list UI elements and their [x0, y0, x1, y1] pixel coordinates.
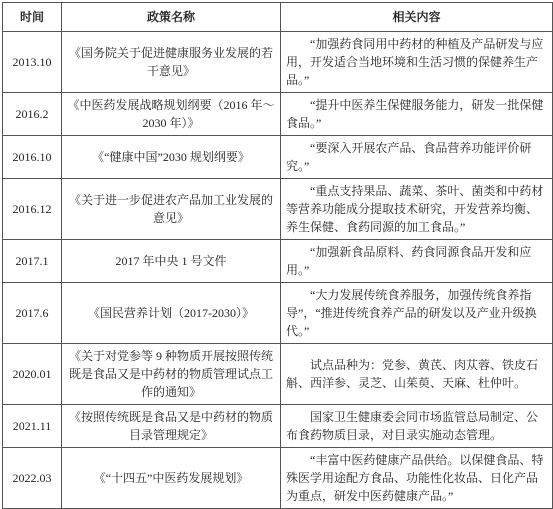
cell-time: 2013.10: [3, 32, 62, 93]
cell-content: “提升中医养生保健服务能力，研发一批保健食品。”: [281, 93, 553, 136]
document-page: 时间 政策名称 相关内容 2013.10 《国务院关于促进健康服务业发展的若干意…: [0, 0, 553, 509]
cell-time: 2017.6: [3, 283, 62, 344]
cell-time: 2016.2: [3, 93, 62, 136]
cell-policy: 《“健康中国”2030 规划纲要》: [62, 136, 281, 179]
table-row: 2016.12 《关于进一步促进农产品加工业发展的意见》 “重点支持果品、蔬菜、…: [3, 179, 553, 240]
table-row: 2017.1 2017 年中央 1 号文件 “加强新食品原料、药食同源食品开发和…: [3, 240, 553, 283]
cell-policy: 《关于进一步促进农产品加工业发展的意见》: [62, 179, 281, 240]
cell-time: 2020.01: [3, 344, 62, 405]
policy-table: 时间 政策名称 相关内容 2013.10 《国务院关于促进健康服务业发展的若干意…: [2, 2, 553, 509]
header-related-content: 相关内容: [281, 3, 553, 32]
cell-time: 2016.12: [3, 179, 62, 240]
table-row: 2021.11 《按照传统既是食品又是中药材的物质目录管理规定》 国家卫生健康委…: [3, 405, 553, 448]
table-header-row: 时间 政策名称 相关内容: [3, 3, 553, 32]
header-time: 时间: [3, 3, 62, 32]
table-row: 2016.2 《中医药发展战略规划纲要（2016 年～2030 年）》 “提升中…: [3, 93, 553, 136]
cell-time: 2021.11: [3, 405, 62, 448]
cell-content: “要深入开展农产品、食品营养功能评价研究。”: [281, 136, 553, 179]
table-row: 2013.10 《国务院关于促进健康服务业发展的若干意见》 “加强药食同用中药材…: [3, 32, 553, 93]
cell-time: 2022.03: [3, 448, 62, 509]
cell-content: “大力发展传统食养服务，加强传统食养指导”，“推进传统食养产品的研发以及产业升级…: [281, 283, 553, 344]
cell-content: 国家卫生健康委会同市场监管总局制定、公布食药物质目录，对目录实施动态管理。: [281, 405, 553, 448]
cell-policy: 《国民营养计划（2017-2030）》: [62, 283, 281, 344]
cell-content: 试点品种为：党参、黄芪、肉苁蓉、铁皮石斛、西洋参、灵芝、山茱萸、天麻、杜仲叶。: [281, 344, 553, 405]
cell-policy: 《中医药发展战略规划纲要（2016 年～2030 年）》: [62, 93, 281, 136]
header-policy-name: 政策名称: [62, 3, 281, 32]
cell-time: 2016.10: [3, 136, 62, 179]
cell-time: 2017.1: [3, 240, 62, 283]
cell-content: “加强药食同用中药材的种植及产品研发与应用，开发适合当地环境和生活习惯的保健养生…: [281, 32, 553, 93]
table-row: 2022.03 《“十四五”中医药发展规划》 “丰富中医药健康产品供给。以保健食…: [3, 448, 553, 509]
cell-policy: 《国务院关于促进健康服务业发展的若干意见》: [62, 32, 281, 93]
cell-content: “重点支持果品、蔬菜、茶叶、菌类和中药材等营养功能成分提取技术研究，开发营养均衡…: [281, 179, 553, 240]
cell-policy: 《按照传统既是食品又是中药材的物质目录管理规定》: [62, 405, 281, 448]
table-row: 2016.10 《“健康中国”2030 规划纲要》 “要深入开展农产品、食品营养…: [3, 136, 553, 179]
cell-policy: 《“十四五”中医药发展规划》: [62, 448, 281, 509]
cell-policy: 2017 年中央 1 号文件: [62, 240, 281, 283]
table-row: 2017.6 《国民营养计划（2017-2030）》 “大力发展传统食养服务，加…: [3, 283, 553, 344]
table-row: 2020.01 《关于对党参等 9 种物质开展按照传统既是食品又是中药材的物质管…: [3, 344, 553, 405]
cell-content: “丰富中医药健康产品供给。以保健食品、特殊医学用途配方食品、功能性化妆品、日化产…: [281, 448, 553, 509]
cell-policy: 《关于对党参等 9 种物质开展按照传统既是食品又是中药材的物质管理试点工作的通知…: [62, 344, 281, 405]
cell-content: “加强新食品原料、药食同源食品开发和应用。”: [281, 240, 553, 283]
